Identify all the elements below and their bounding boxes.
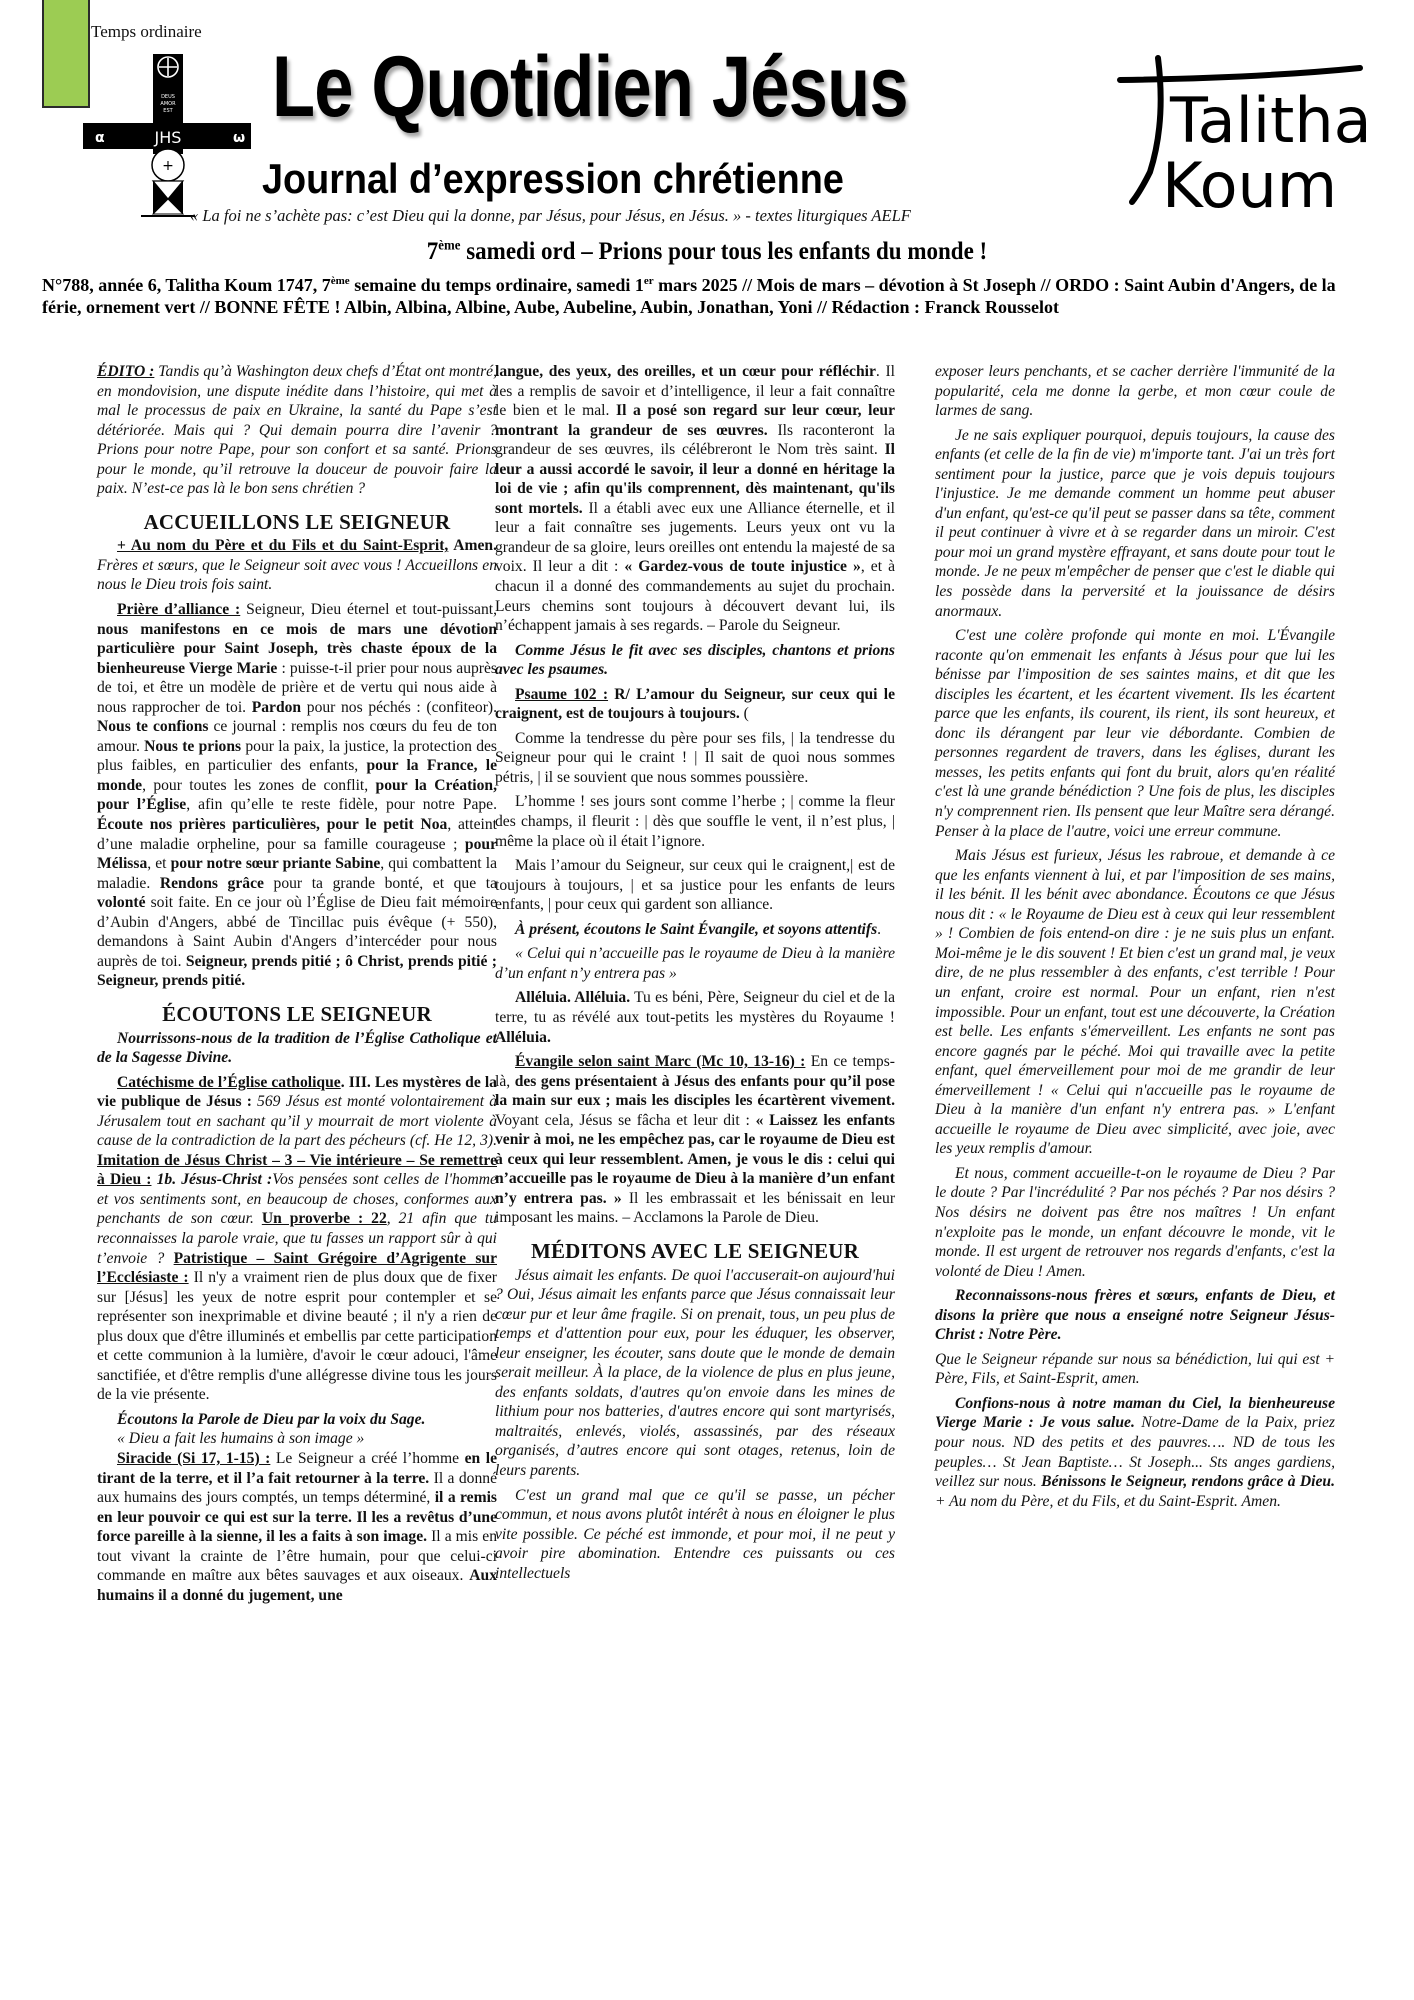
column-3: exposer leurs penchants, et se cacher de…	[935, 362, 1335, 1511]
issue-meta: N°788, année 6, Talitha Koum 1747, 7ème …	[42, 270, 1372, 318]
section-heading-meditons: MÉDITONS AVEC LE SEIGNEUR	[495, 1242, 895, 1262]
motto: « La foi ne s’achète pas: c’est Dieu qui…	[190, 206, 911, 226]
meditation-p3: Je ne sais expliquer pourquoi, depuis to…	[935, 426, 1335, 621]
sage-intro: Écoutons la Parole de Dieu par la voix d…	[97, 1410, 497, 1430]
svg-text:EST: EST	[163, 108, 173, 114]
siracide-reading: Siracide (Si 17, 1-15) : Le Seigneur a c…	[97, 1449, 497, 1605]
psalm-verse-1: Comme la tendresse du père pour ses fils…	[495, 729, 895, 788]
psalm-refrain: Psaume 102 : R/ L’amour du Seigneur, sur…	[495, 685, 895, 724]
svg-text:Koum: Koum	[1162, 149, 1337, 212]
svg-text:ω: ω	[233, 130, 245, 146]
season-label: Temps ordinaire	[91, 22, 202, 42]
priere-alliance: Prière d’alliance : Seigneur, Dieu étern…	[97, 600, 497, 991]
svg-text:AMOR: AMOR	[160, 101, 176, 107]
svg-text:DEUS: DEUS	[161, 94, 175, 100]
tradition-intro: Nourrissons-nous de la tradition de l’Ég…	[97, 1029, 497, 1068]
gospel-intro: À présent, écoutons le Saint Évangile, e…	[495, 920, 895, 940]
gospel-reading: Évangile selon saint Marc (Mc 10, 13-16)…	[495, 1052, 895, 1228]
meditation-p2-cont: exposer leurs penchants, et se cacher de…	[935, 362, 1335, 421]
opening-greeting: + Au nom du Père et du Fils et du Saint-…	[97, 536, 497, 595]
notre-pere-intro: Reconnaissons-nous frères et sœurs, enfa…	[935, 1286, 1335, 1345]
section-heading-accueillons: ACCUEILLONS LE SEIGNEUR	[97, 513, 497, 533]
siracide-reading-cont: langue, des yeux, des oreilles, et un cœ…	[495, 362, 895, 636]
gospel-quote: « Celui qui n’accueille pas le royaume d…	[495, 944, 895, 983]
svg-text:+: +	[162, 158, 174, 174]
edito: ÉDITO : Tandis qu’à Washington deux chef…	[97, 362, 497, 499]
svg-text:JHS: JHS	[154, 128, 182, 147]
psalm-intro: Comme Jésus le fit avec ses disciples, c…	[495, 641, 895, 680]
newspaper-subtitle: Journal d’expression chrétienne	[262, 158, 844, 200]
column-2: langue, des yeux, des oreilles, et un cœ…	[495, 362, 895, 1583]
tradition-readings: Catéchisme de l’Église catholique. III. …	[97, 1073, 497, 1405]
alleluia: Alléluia. Alléluia. Tu es béni, Père, Se…	[495, 988, 895, 1047]
section-heading-ecoutons: ÉCOUTONS LE SEIGNEUR	[97, 1005, 497, 1025]
meditation-p6: Et nous, comment accueille-t-on le royau…	[935, 1164, 1335, 1281]
meditation-p4: C'est une colère profonde qui monte en m…	[935, 626, 1335, 841]
newspaper-title: Le Quotidien Jésus	[272, 44, 908, 130]
column-1: ÉDITO : Tandis qu’à Washington deux chef…	[97, 362, 497, 1605]
svg-text:α: α	[95, 130, 105, 146]
meditation-p1: Jésus aimait les enfants. De quoi l'accu…	[495, 1266, 895, 1481]
cross-jhs-logo-icon: DEUS AMOR EST α JHS ω +	[83, 54, 253, 220]
sage-quote: « Dieu a fait les humains à son image »	[97, 1429, 497, 1449]
psalm-verse-2: L’homme ! ses jours sont comme l’herbe ;…	[495, 792, 895, 851]
meditation-p2: C'est un grand mal que ce qu'il se passe…	[495, 1486, 895, 1584]
benediction: Que le Seigneur répande sur nous sa béné…	[935, 1350, 1335, 1389]
meditation-p5: Mais Jésus est furieux, Jésus les rabrou…	[935, 846, 1335, 1159]
svg-text:Talitha: Talitha	[1169, 84, 1372, 157]
day-title: 7ème samedi ord – Prions pour tous les e…	[57, 238, 1358, 266]
closing-prayers: Confions-nous à notre maman du Ciel, la …	[935, 1394, 1335, 1511]
talitha-koum-logo-icon: Talitha Koum	[1110, 52, 1400, 212]
psalm-verse-3: Mais l’amour du Seigneur, sur ceux qui l…	[495, 856, 895, 915]
